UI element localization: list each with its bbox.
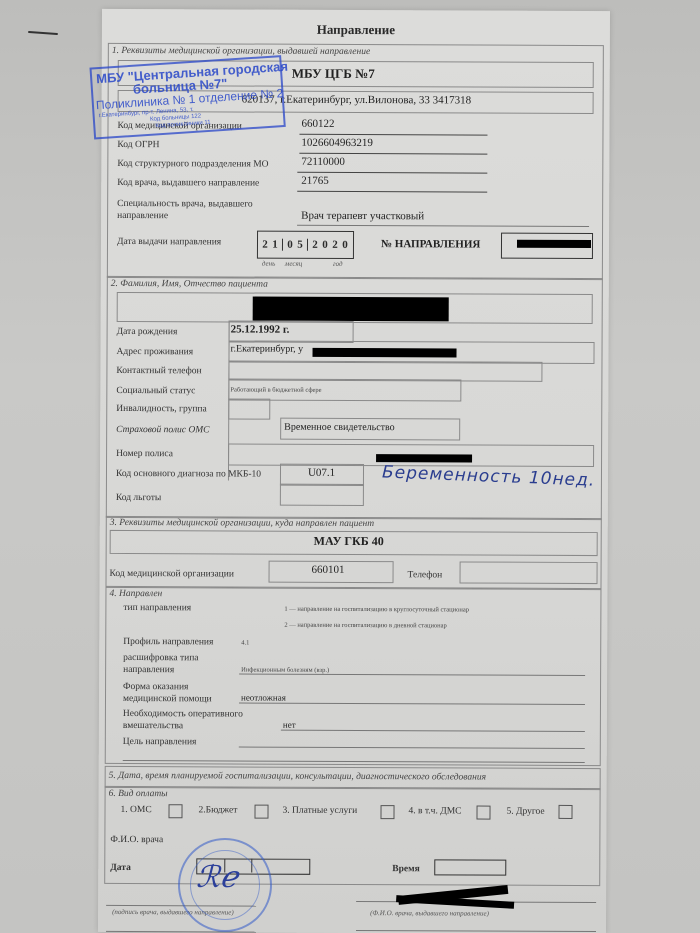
insurance-label: Страховой полис ОМС	[116, 425, 209, 435]
specialty-label: Специальность врача, выдавшего	[117, 199, 253, 210]
section-3-header: 3. Реквизиты медицинской организации, ку…	[110, 518, 374, 529]
decode-label: расшифровка типа	[123, 653, 198, 663]
disability-label: Инвалидность, группа	[116, 404, 206, 414]
date-digit: 2	[330, 239, 340, 251]
issue-date-box: 2 1 0 5 2 0 2 0	[257, 231, 354, 259]
surgery-label-2: вмешательства	[123, 721, 183, 731]
disability-box	[228, 398, 270, 419]
profile-label: Профиль направления	[123, 637, 213, 647]
care-form-label: Форма оказания	[123, 682, 188, 692]
issue-date-label: Дата выдачи направления	[117, 237, 221, 247]
date-digit: 2	[260, 239, 270, 251]
birth-date-label: Дата рождения	[117, 327, 178, 337]
section-6-header: 6. Вид оплаты	[109, 789, 168, 799]
payment-option-dms: 4. в т.ч. ДМС	[408, 806, 461, 816]
policy-number-label: Номер полиса	[116, 449, 173, 459]
underline	[356, 930, 596, 932]
destination-phone-label: Телефон	[408, 570, 443, 580]
destination-code-label: Код медицинской организации	[110, 569, 234, 580]
date-digit: 0	[340, 239, 350, 251]
policy-number-redacted	[376, 454, 472, 462]
date-digit: 2	[310, 239, 320, 251]
purpose-label: Цель направления	[123, 737, 197, 747]
payment-option-budget: 2.Бюджет	[198, 805, 237, 815]
caption-month: месяц	[285, 260, 302, 268]
payment-option-oms: 1. ОМС	[120, 805, 151, 815]
destination-code-value: 660101	[312, 564, 345, 576]
date-digit: 0	[285, 239, 295, 251]
caption-year: год	[333, 260, 343, 268]
doctor-name-label: Ф.И.О. врача	[110, 835, 163, 845]
decode-label-2: направления	[123, 665, 174, 675]
field-label: Код структурного подразделения МО	[117, 159, 268, 170]
date-digit: 1	[270, 239, 283, 251]
section-6	[104, 786, 600, 886]
payment-option-paid: 3. Платные услуги	[282, 806, 357, 816]
destination-phone-box	[460, 561, 598, 584]
page-title: Направление	[102, 21, 610, 39]
surgery-value: нет	[283, 720, 296, 730]
section-5-header: 5. Дата, время планируемой госпитализаци…	[109, 771, 486, 783]
clinic-stamp: МБУ "Центральная городская больница №7" …	[89, 55, 285, 139]
referral-number-redacted	[517, 240, 591, 248]
phone-label: Контактный телефон	[116, 366, 201, 376]
checkbox-oms[interactable]	[168, 804, 182, 818]
type-label: тип направления	[123, 603, 191, 613]
caption-day: день	[262, 260, 275, 268]
date-digit: 0	[320, 239, 330, 251]
profile-value: 4.1	[241, 640, 249, 647]
date-label: Дата	[110, 863, 131, 873]
referral-form: Направление 1. Реквизиты медицинской орг…	[98, 9, 610, 933]
doctor-code-value: 21765	[301, 175, 329, 187]
type-option-2: 2 — направление на госпитализацию в днев…	[284, 622, 446, 630]
surgery-label: Необходимость оперативного	[123, 709, 243, 720]
checkbox-paid[interactable]	[380, 805, 394, 819]
payment-option-other: 5. Другое	[506, 807, 544, 817]
birth-date-value: 25.12.1992 г.	[231, 323, 290, 335]
section-1-header: 1. Реквизиты медицинской организации, вы…	[112, 46, 370, 57]
referral-number-label: № НАПРАВЛЕНИЯ	[381, 238, 480, 250]
diagnosis-code: U07.1	[308, 467, 335, 479]
benefit-box	[280, 484, 364, 506]
care-form-value: неотложная	[241, 693, 286, 703]
org-code-value: 660122	[301, 118, 334, 130]
name-caption: (Ф.И.О. врача, выдавшего направление)	[370, 909, 489, 918]
subdivision-code-value: 72110000	[301, 156, 345, 168]
section-4-header: 4. Направлен	[109, 589, 162, 599]
insurance-value: Временное свидетельство	[284, 422, 395, 433]
doctor-signature: ℛℯ	[196, 860, 238, 895]
destination-org-name: МАУ ГКБ 40	[314, 534, 384, 549]
field-label: Код врача, выдавшего направление	[117, 178, 259, 189]
pen-mark	[28, 31, 58, 35]
social-status-value: Работающий в бюджетной сфере	[230, 386, 321, 393]
time-box	[434, 859, 506, 875]
patient-name-redacted	[253, 297, 449, 322]
checkbox-budget[interactable]	[254, 805, 268, 819]
address-redacted	[313, 348, 457, 358]
date-digit: 5	[295, 239, 308, 251]
time-label: Время	[392, 864, 419, 874]
section-2-header: 2. Фамилия, Имя, Отчество пациента	[111, 279, 268, 290]
type-option-1: 1 — направление на госпитализацию в круг…	[284, 606, 469, 614]
field-label: Код ОГРН	[117, 140, 159, 150]
specialty-value: Врач терапевт участковый	[301, 210, 424, 223]
diagnosis-label: Код основного диагноза по МКБ-10	[116, 469, 261, 480]
specialty-label-2: направление	[117, 211, 168, 221]
ogrn-value: 1026604963219	[301, 137, 373, 149]
issuing-org-name: МБУ ЦГБ №7	[292, 66, 375, 82]
care-form-label-2: медицинской помощи	[123, 694, 212, 704]
checkbox-other[interactable]	[558, 805, 572, 819]
social-status-label: Социальный статус	[116, 386, 195, 396]
address-value: г.Екатеринбург, у	[231, 343, 304, 354]
benefit-label: Код льготы	[116, 493, 161, 503]
checkbox-dms[interactable]	[476, 806, 490, 820]
address-label: Адрес проживания	[116, 347, 193, 357]
